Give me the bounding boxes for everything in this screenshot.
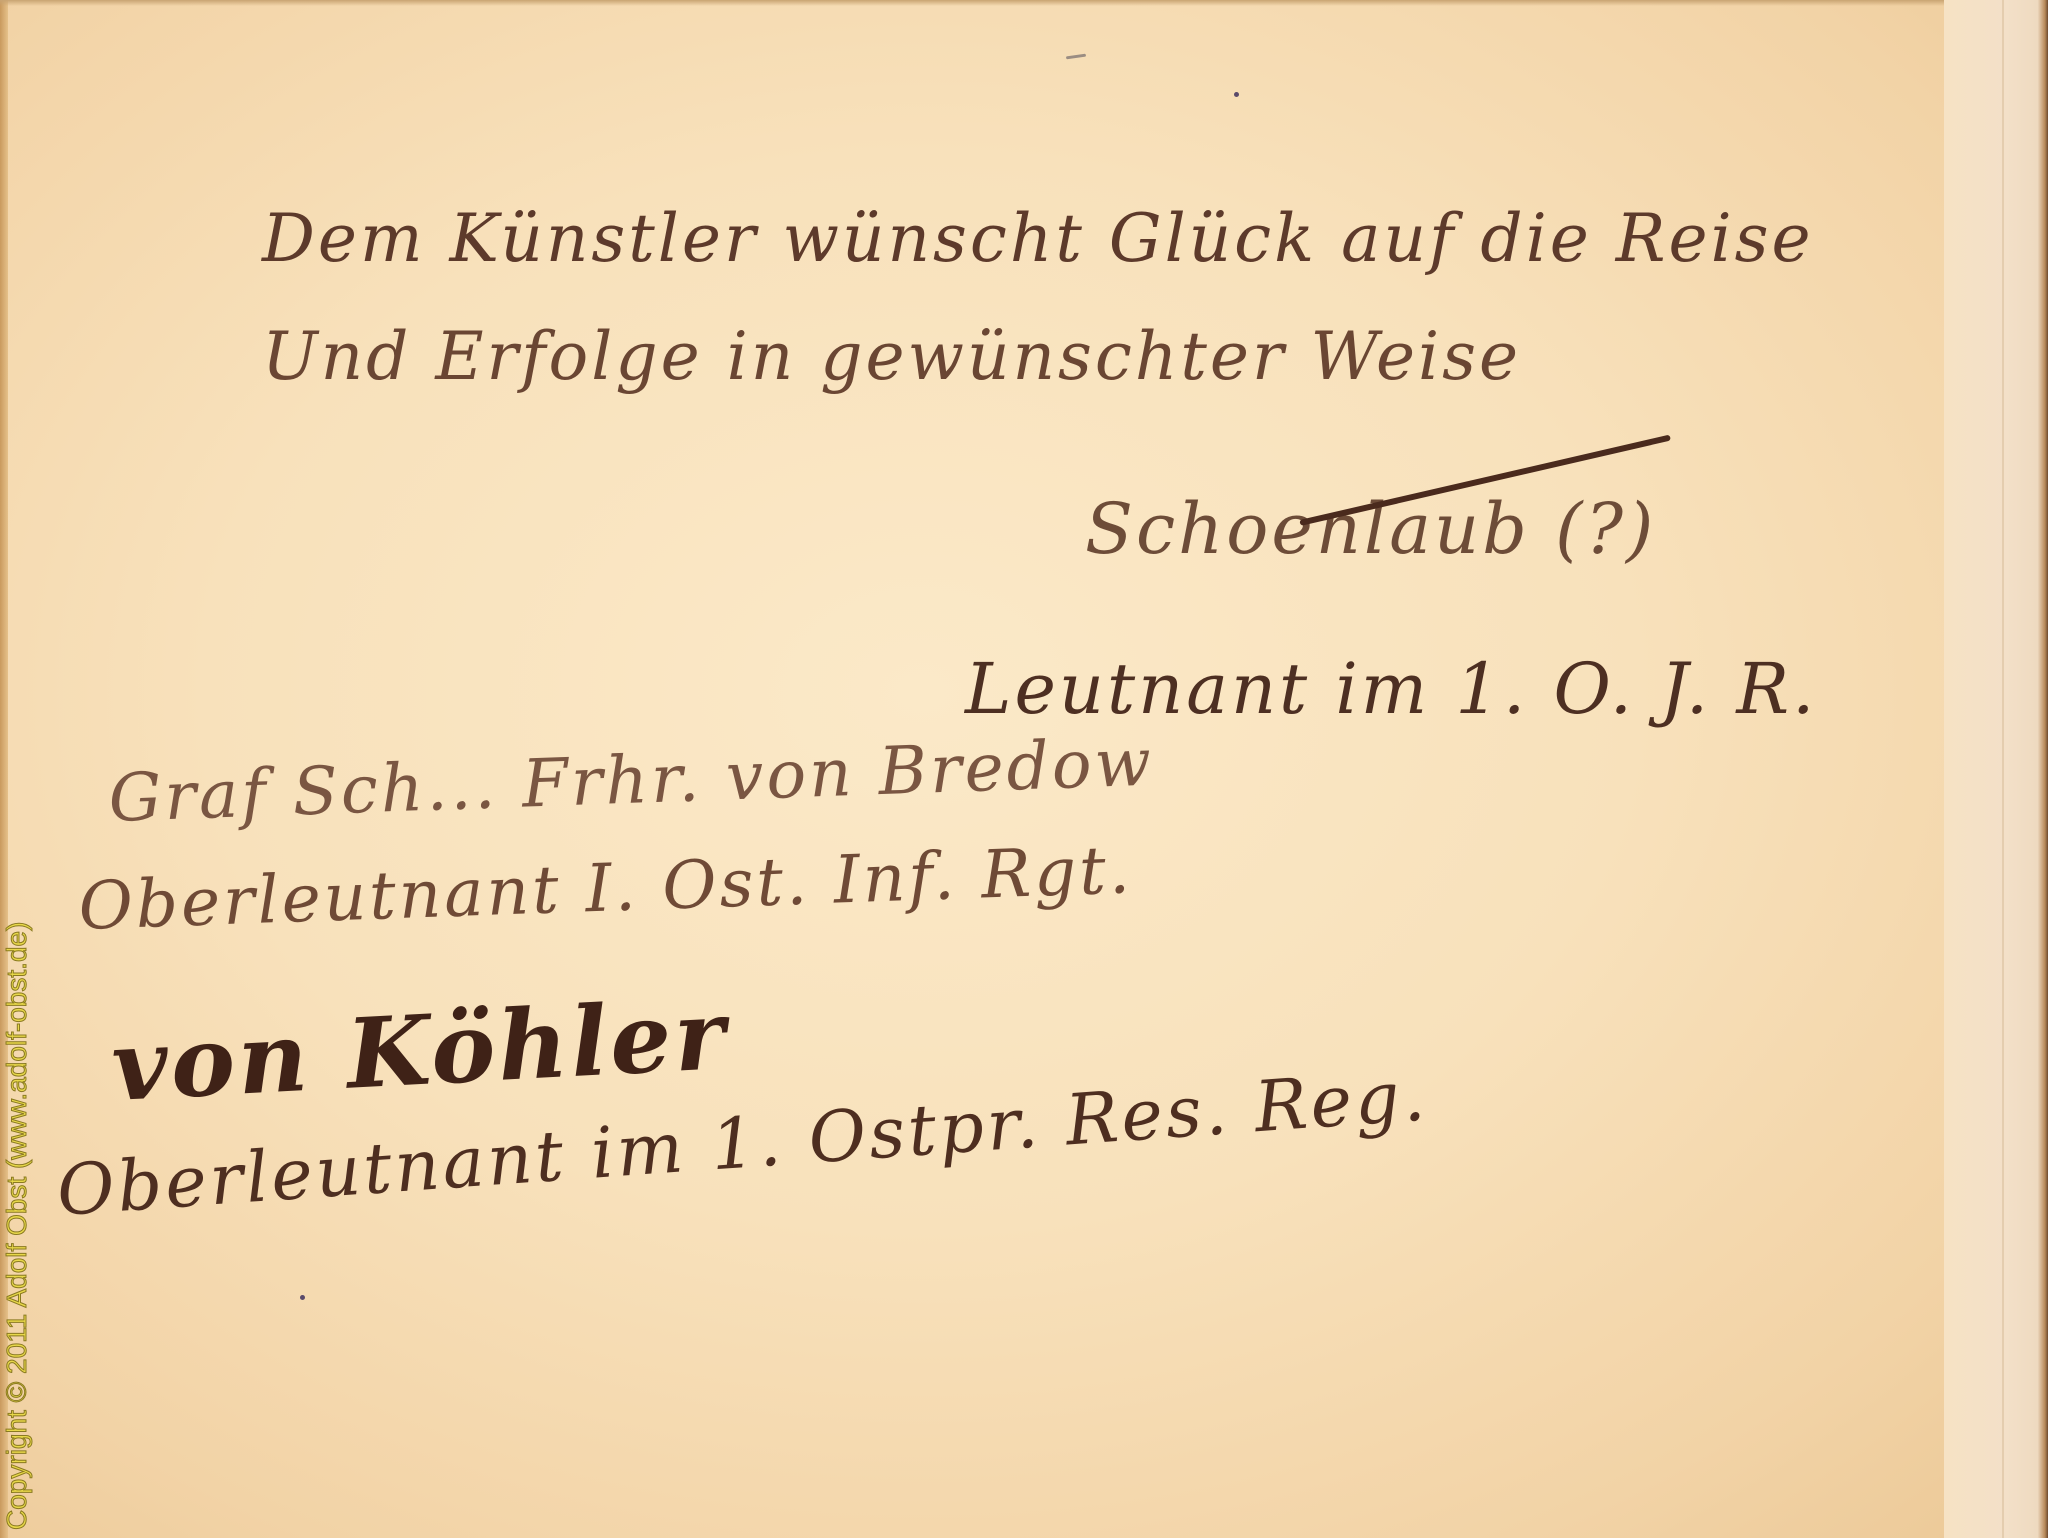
entry-1-line-2: Und Erfolge in gewünschter Weise [262, 318, 1521, 395]
paper-speck [1234, 92, 1239, 97]
page-top-edge [0, 0, 2048, 6]
entry-2-signature: Graf Sch... Frhr. von Bredow [107, 724, 1155, 837]
page-right-edge [1944, 0, 2048, 1538]
entry-2-rank: Oberleutnant I. Ost. Inf. Rgt. [77, 831, 1134, 945]
copyright-watermark: Copyright © 2011 Adolf Obst (www.adolf-o… [0, 630, 34, 1538]
ink-dot [300, 1295, 305, 1300]
entry-3-signature: von Köhler [109, 978, 730, 1123]
album-page: Dem Künstler wünscht Glück auf die Reise… [0, 0, 2048, 1538]
entry-1-signature: Schoenlaub (?) [1085, 488, 1656, 570]
entry-1-rank: Leutnant im 1. O. J. R. [965, 648, 1817, 730]
paper-speck [1066, 54, 1086, 60]
page-fold-line [2002, 0, 2004, 1538]
entry-1-line-1: Dem Künstler wünscht Glück auf die Reise [262, 200, 1814, 277]
